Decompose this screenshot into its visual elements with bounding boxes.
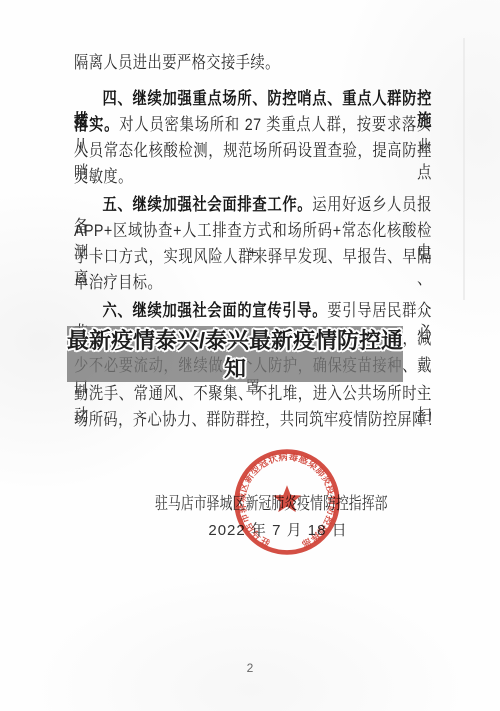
text-line: 隔离人员进出要严格交接手续。: [74, 52, 432, 74]
headline-title: 最新疫情泰兴/泰兴最新疫情防控通 知: [61, 327, 409, 383]
seal-star-icon: [273, 485, 301, 512]
official-red-seal: 驻马店市驿城区新型冠状病毒感染肺炎疫情防控指挥部: [231, 446, 343, 558]
text-line: 早治疗目标。: [74, 272, 432, 294]
document-page: 隔离人员进出要严格交接手续。 四、继续加强重点场所、防控哨点、重点人群防控措施 …: [0, 0, 500, 711]
headline-overlay-banner: 最新疫情泰兴/泰兴最新疫情防控通 知: [67, 326, 403, 382]
text-line: 场所码，齐心协力、群防群控，共同筑牢疫情防控屏障！: [74, 409, 432, 431]
scan-crease-artifact: [463, 38, 465, 300]
text-line: 灵敏度。: [74, 166, 432, 188]
page-number: 2: [0, 661, 500, 675]
